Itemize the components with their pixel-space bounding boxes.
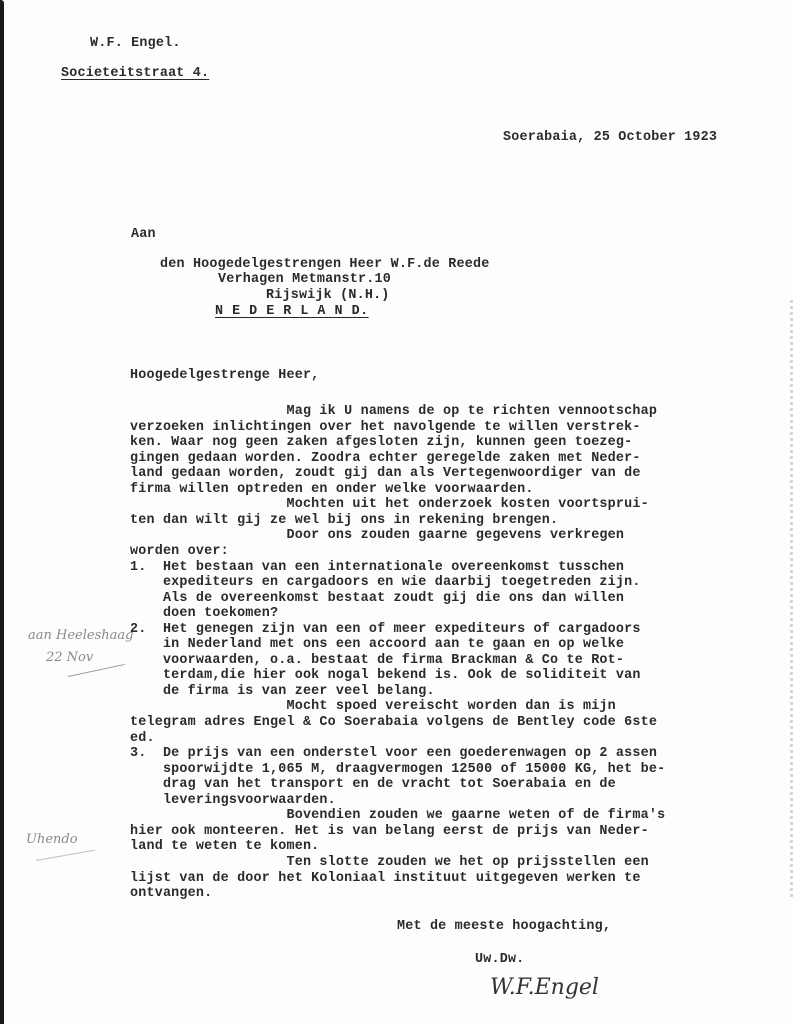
signature: W.F.Engel xyxy=(490,975,599,1000)
recipient-line1: den Hoogedelgestrengen Heer W.F.de Reede xyxy=(160,257,489,273)
body-line: spoorwijdte 1,065 M, draagvermogen 12500… xyxy=(130,762,665,778)
body-line: Door ons zouden gaarne gegevens verkrege… xyxy=(130,528,624,544)
salutation: Hoogedelgestrenge Heer, xyxy=(130,368,319,384)
body-line: in Nederland met ons een accoord aan te … xyxy=(130,637,624,653)
body-line: hier ook monteeren. Het is van belang ee… xyxy=(130,824,649,840)
body-line: Als de overeenkomst bestaat zoudt gij di… xyxy=(130,591,624,607)
body-line: Mocht spoed vereischt worden dan is mijn xyxy=(130,699,616,715)
body-line: Bovendien zouden we gaarne weten of de f… xyxy=(130,808,665,824)
place-date: Soerabaia, 25 October 1923 xyxy=(503,130,717,146)
closing: Met de meeste hoogachting, xyxy=(397,919,611,935)
body-line: telegram adres Engel & Co Soerabaia volg… xyxy=(130,715,657,731)
scan-edge-left xyxy=(0,0,4,1024)
recipient-line2: Verhagen Metmanstr.10 xyxy=(218,272,391,288)
body-line: expediteurs en cargadoors en wie daarbij… xyxy=(130,575,641,591)
body-line: ten dan wilt gij ze wel bij ons in reken… xyxy=(130,513,558,529)
body-line: lijst van de door het Koloniaal instituu… xyxy=(130,871,641,887)
body-line: Mochten uit het onderzoek kosten voortsp… xyxy=(130,497,649,513)
body-line: 1. Het bestaan van een internationale ov… xyxy=(130,560,624,576)
body-line: Mag ik U namens de op te richten vennoot… xyxy=(130,404,657,420)
body-line: Ten slotte zouden we het op prijsstellen… xyxy=(130,855,649,871)
body-line: voorwaarden, o.a. bestaat de firma Brack… xyxy=(130,653,624,669)
sender-name: W.F. Engel. xyxy=(90,36,181,52)
body-line: leveringsvoorwaarden. xyxy=(130,793,336,809)
body-line: ed. xyxy=(130,731,155,747)
margin-note-2-underline xyxy=(36,850,95,861)
recipient-line3: Rijswijk (N.H.) xyxy=(266,288,390,304)
margin-note-2: Uhendo xyxy=(26,832,78,847)
body-line: verzoeken inlichtingen over het navolgen… xyxy=(130,420,641,436)
recipient-prefix: Aan xyxy=(131,227,156,243)
body-line: ontvangen. xyxy=(130,886,212,902)
body-line: land te weten te komen. xyxy=(130,839,319,855)
body-line: gingen gedaan worden. Zoodra echter gere… xyxy=(130,451,641,467)
margin-note-1-line2: 22 Nov xyxy=(46,650,93,665)
body-line: drag van het transport en de vracht tot … xyxy=(130,777,616,793)
margin-note-1-underline xyxy=(68,664,125,677)
sender-address: Societeitstraat 4. xyxy=(61,66,209,82)
body-line: worden over: xyxy=(130,544,229,560)
body-line: doen toekomen? xyxy=(130,606,278,622)
recipient-country: N E D E R L A N D. xyxy=(215,304,369,320)
letter-page: W.F. Engel. Societeitstraat 4. Soerabaia… xyxy=(0,0,793,1024)
body-line: de firma is van zeer veel belang. xyxy=(130,684,435,700)
body-line: ken. Waar nog geen zaken afgesloten zijn… xyxy=(130,435,632,451)
body-line: terdam,die hier ook nogal bekend is. Ook… xyxy=(130,668,641,684)
body-line: 3. De prijs van een onderstel voor een g… xyxy=(130,746,657,762)
closing-sub: Uw.Dw. xyxy=(475,952,524,968)
body-line: land gedaan worden, zoudt gij dan als Ve… xyxy=(130,466,641,482)
body-line: firma willen optreden en onder welke voo… xyxy=(130,482,534,498)
margin-note-1-line1: aan Heeleshaag xyxy=(28,628,133,643)
body-line: 2. Het genegen zijn van een of meer expe… xyxy=(130,622,641,638)
